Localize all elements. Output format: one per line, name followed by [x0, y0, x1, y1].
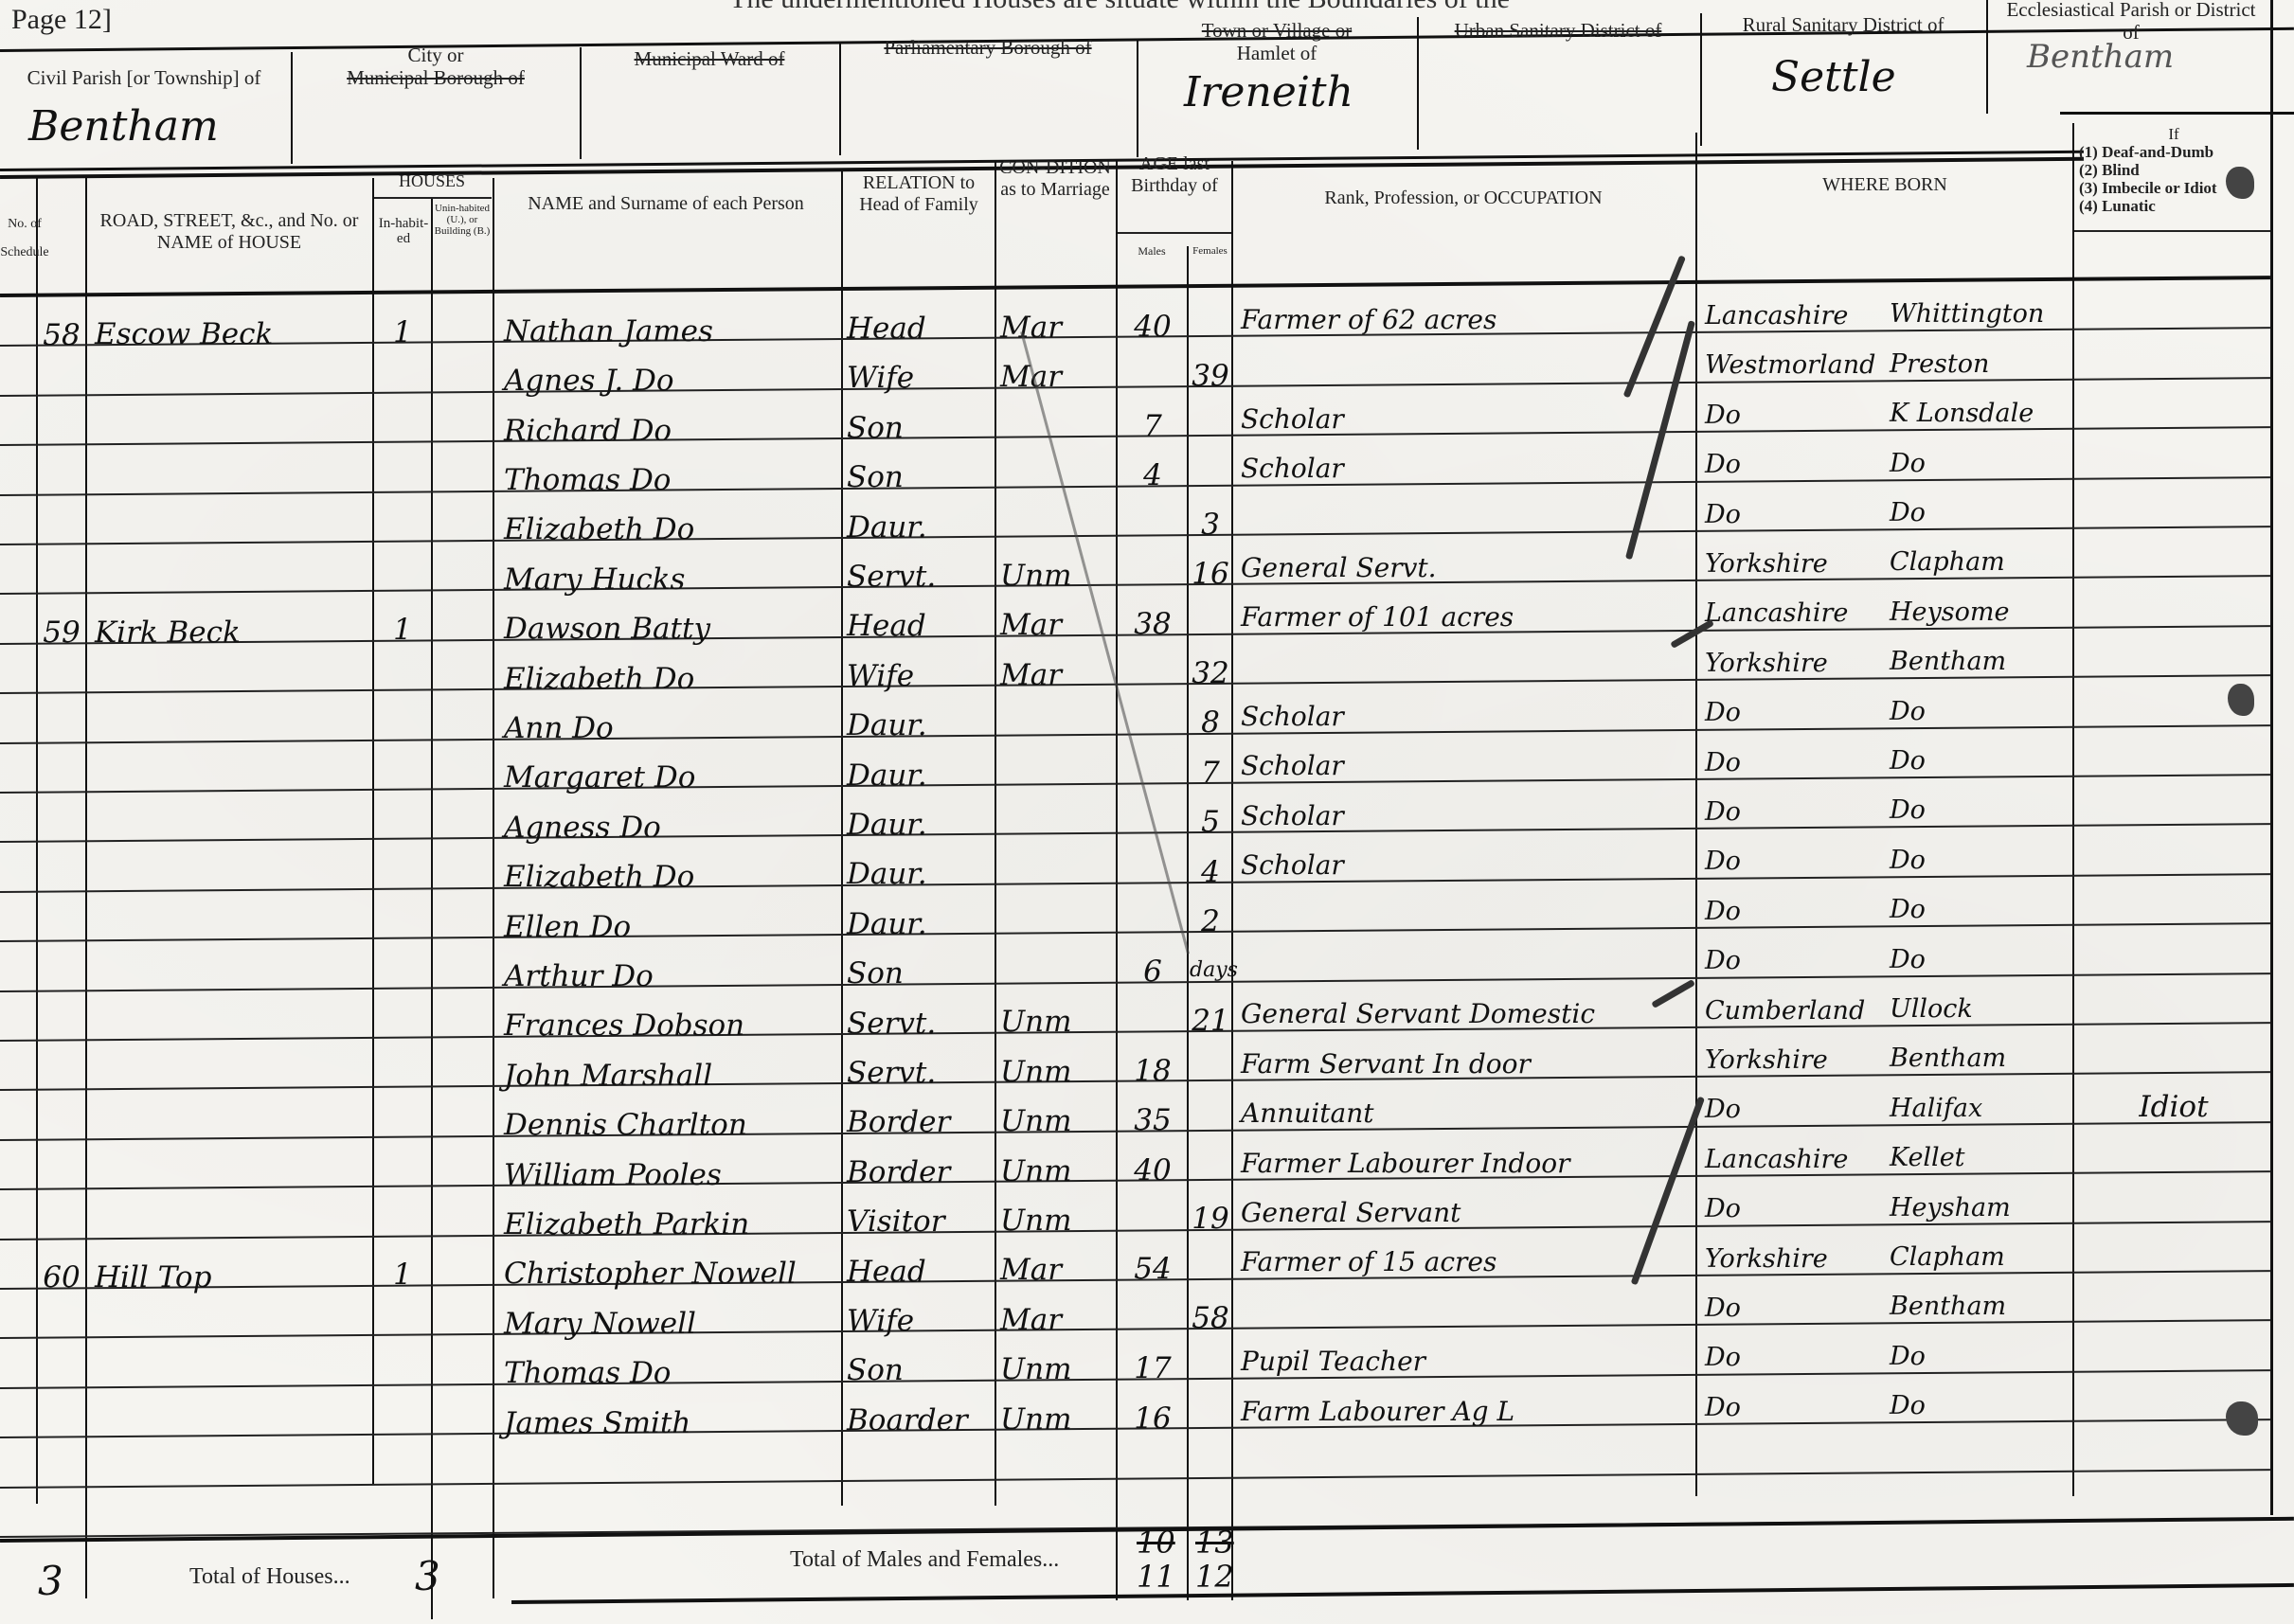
cell-inhabited: 1 — [379, 313, 426, 351]
cell-male-age: 6 — [1120, 953, 1186, 990]
cell-name: Dennis Charlton — [504, 1106, 837, 1144]
cell-infirmity: Idiot — [2084, 1088, 2264, 1126]
cell-male-age: 40 — [1120, 1151, 1186, 1189]
age-rule — [1118, 232, 1231, 234]
column-divider — [841, 170, 843, 1506]
column-divider — [85, 178, 87, 1598]
cell-name: Dawson Batty — [504, 610, 837, 648]
top-banner: The undermentioned Houses are situate wi… — [729, 0, 1510, 15]
col-occupation: Rank, Profession, or OCCUPATION — [1241, 187, 1686, 209]
cell-schedule: 59 — [40, 614, 83, 651]
cell-relation: Head — [847, 1253, 991, 1291]
cell-born-county: Lancashire — [1705, 595, 1885, 633]
col-schedule: No. of Schedule — [0, 210, 49, 267]
cell-occupation: Annuitant — [1241, 1095, 1692, 1133]
cell-born-place: Bentham — [1890, 1288, 2070, 1326]
col-where-born: WHERE BORN — [1697, 174, 2072, 196]
cell-relation: Son — [847, 1351, 991, 1389]
cell-male-age: 4 — [1120, 456, 1186, 494]
cell-name: Margaret Do — [504, 758, 837, 796]
cell-female-age: 7 — [1190, 754, 1231, 792]
cell-name: Elizabeth Do — [504, 660, 837, 698]
cell-relation: Son — [847, 409, 991, 447]
cell-relation: Servt. — [847, 1054, 991, 1092]
page-number: Page 12] — [11, 4, 112, 36]
cell-condition: Unm — [1000, 1003, 1114, 1041]
cell-born-county: Yorkshire — [1705, 1240, 1885, 1278]
cell-name: Thomas Do — [504, 1354, 837, 1392]
column-divider — [431, 199, 433, 1619]
cell-born-place: Do — [1890, 842, 2070, 880]
cell-road: Hill Top — [95, 1258, 369, 1296]
cell-female-age: 32 — [1190, 654, 1231, 692]
cell-name: Mary Hucks — [504, 561, 837, 598]
cell-name: Elizabeth Do — [504, 858, 837, 896]
cell-name: Frances Dobson — [504, 1007, 837, 1044]
ink-blot — [2226, 1401, 2258, 1436]
ink-check-mark — [1625, 320, 1695, 560]
cell-born-place: Whittington — [1890, 295, 2070, 333]
cell-condition: Unm — [1000, 1102, 1114, 1140]
cell-road: Kirk Beck — [95, 614, 369, 651]
cell-occupation: General Servant Domestic — [1241, 995, 1692, 1033]
rural-sanitary-label: Rural Sanitary District of — [1704, 13, 1982, 36]
census-page: Page 12] The undermentioned Houses are s… — [0, 0, 2294, 1624]
cell-name: William Pooles — [504, 1156, 837, 1194]
municipal-ward-label: Municipal Ward of — [583, 47, 835, 70]
cell-born-county: Do — [1705, 843, 1885, 881]
cell-condition: Mar — [1000, 656, 1114, 694]
cell-born-county: Do — [1705, 1389, 1885, 1427]
cell-male-age: 35 — [1120, 1101, 1186, 1139]
cell-born-county: Do — [1705, 1091, 1885, 1129]
houses-rule — [374, 197, 492, 199]
cell-inhabited: 1 — [379, 1256, 426, 1294]
cell-condition: Mar — [1000, 358, 1114, 396]
cell-relation: Daur. — [847, 806, 991, 844]
cell-born-place: Bentham — [1890, 643, 2070, 681]
cell-born-county: Do — [1705, 794, 1885, 831]
cell-born-place: K Lonsdale — [1890, 395, 2070, 433]
total-males: 11 — [1137, 1559, 1175, 1595]
cell-name: Agness Do — [504, 809, 837, 847]
parliamentary-borough-label: Parliamentary Borough of — [843, 36, 1133, 59]
cell-name: Christopher Nowell — [504, 1255, 837, 1293]
cell-occupation: General Servant — [1241, 1194, 1692, 1232]
cell-born-place: Do — [1890, 1338, 2070, 1376]
cell-born-place: Do — [1890, 891, 2070, 929]
cell-occupation: Farm Labourer Ag L — [1241, 1393, 1692, 1431]
cell-born-place: Ullock — [1890, 990, 2070, 1028]
cell-born-county: Do — [1705, 397, 1885, 435]
cell-occupation: General Servt. — [1241, 549, 1692, 587]
cell-male-age: 17 — [1120, 1349, 1186, 1387]
total-persons-label: Total of Males and Females... — [790, 1547, 1059, 1573]
cell-male-age: 16 — [1120, 1400, 1186, 1437]
cell-name: Ann Do — [504, 709, 837, 747]
cell-schedule: 60 — [40, 1258, 83, 1296]
ink-blot — [2228, 684, 2254, 716]
cell-born-county: Do — [1705, 446, 1885, 484]
cell-female-age: days — [1190, 952, 1231, 990]
cell-born-county: Do — [1705, 694, 1885, 732]
cell-occupation: Scholar — [1241, 450, 1692, 488]
col-males: Males — [1118, 244, 1186, 258]
cell-female-age: 8 — [1190, 704, 1231, 741]
cell-born-place: Do — [1890, 941, 2070, 979]
cell-condition: Unm — [1000, 1350, 1114, 1388]
cell-male-age: 7 — [1120, 407, 1186, 445]
cell-condition: Unm — [1000, 1401, 1114, 1438]
cell-occupation: Farmer of 101 acres — [1241, 598, 1692, 636]
cell-born-place: Do — [1890, 1387, 2070, 1425]
total-females-struck: 13 — [1195, 1525, 1234, 1561]
cell-relation: Son — [847, 955, 991, 992]
page-right-border — [2270, 0, 2273, 1515]
cell-condition: Unm — [1000, 1053, 1114, 1091]
cell-born-county: Yorkshire — [1705, 545, 1885, 583]
col-inhabited: In-habit-ed — [377, 216, 430, 246]
cell-occupation: Farm Servant In door — [1241, 1045, 1692, 1083]
table-header-rule — [0, 276, 2270, 297]
cell-born-county: Do — [1705, 496, 1885, 534]
cell-female-age: 39 — [1190, 357, 1231, 395]
col-age: AGE last Birthday of — [1118, 153, 1231, 197]
totals-bottom-rule — [511, 1583, 2294, 1604]
cell-occupation: Farmer Labourer Indoor — [1241, 1145, 1692, 1183]
cell-condition: Mar — [1000, 1301, 1114, 1339]
civil-parish-value: Bentham — [28, 102, 219, 151]
col-relation: RELATION to Head of Family — [843, 172, 995, 216]
total-females: 12 — [1195, 1559, 1234, 1595]
cell-occupation: Pupil Teacher — [1241, 1343, 1692, 1381]
cell-relation: Wife — [847, 1302, 991, 1340]
cell-road: Escow Beck — [95, 315, 369, 353]
cell-relation: Boarder — [847, 1401, 991, 1439]
cell-name: Mary Nowell — [504, 1305, 837, 1343]
cell-born-place: Do — [1890, 494, 2070, 532]
cell-occupation: Farmer of 62 acres — [1241, 301, 1692, 339]
cell-condition: Unm — [1000, 1152, 1114, 1190]
col-name: NAME and Surname of each Person — [500, 193, 832, 215]
cell-born-place: Bentham — [1890, 1040, 2070, 1078]
cell-born-place: Do — [1890, 445, 2070, 483]
cell-relation: Wife — [847, 657, 991, 695]
column-divider — [372, 178, 374, 1485]
cell-relation: Head — [847, 607, 991, 645]
cell-occupation: Scholar — [1241, 747, 1692, 785]
city-label: City orMunicipal Borough of — [296, 44, 576, 89]
cell-condition: Unm — [1000, 557, 1114, 595]
cell-born-place: Do — [1890, 742, 2070, 780]
col-uninhabited: Unin-habited (U.), or Building (B.) — [434, 203, 491, 237]
divider — [580, 47, 582, 159]
col-females: Females — [1189, 244, 1231, 258]
total-schedules: 3 — [38, 1558, 63, 1604]
cell-relation: Daur. — [847, 855, 991, 893]
cell-occupation: Scholar — [1241, 698, 1692, 736]
total-males-struck: 10 — [1137, 1525, 1175, 1561]
cell-born-place: Halifax — [1890, 1090, 2070, 1128]
cell-female-age: 4 — [1190, 853, 1231, 891]
cell-name: Thomas Do — [504, 461, 837, 499]
cell-born-county: Do — [1705, 744, 1885, 782]
cell-born-county: Westmorland — [1705, 347, 1885, 384]
cell-born-county: Lancashire — [1705, 1141, 1885, 1179]
cell-relation: Servt. — [847, 1005, 991, 1043]
cell-female-age: 21 — [1190, 1002, 1231, 1040]
cell-relation: Servt. — [847, 558, 991, 596]
cell-relation: Daur. — [847, 757, 991, 794]
cell-female-age: 5 — [1190, 803, 1231, 841]
cell-relation: Daur. — [847, 905, 991, 943]
col-condition: CON-DITION as to Marriage — [996, 157, 1114, 201]
cell-female-age: 3 — [1190, 506, 1231, 544]
cell-relation: Son — [847, 458, 991, 496]
total-houses: 3 — [415, 1553, 440, 1599]
cell-condition: Mar — [1000, 1251, 1114, 1289]
rural-sanitary-value: Settle — [1771, 53, 1896, 101]
cell-relation: Daur. — [847, 706, 991, 744]
cell-inhabited: 1 — [379, 611, 426, 649]
cell-name: Nathan James — [504, 312, 837, 350]
cell-born-county: Yorkshire — [1705, 645, 1885, 683]
cell-relation: Daur. — [847, 509, 991, 546]
divider — [1986, 0, 1988, 114]
cell-born-county: Cumberland — [1705, 992, 1885, 1030]
col-houses: HOUSES — [374, 170, 490, 192]
cell-name: Arthur Do — [504, 957, 837, 995]
cell-name: Elizabeth Parkin — [504, 1205, 837, 1243]
total-houses-label: Total of Houses... — [189, 1564, 350, 1590]
divider — [291, 52, 293, 164]
cell-relation: Visitor — [847, 1203, 991, 1240]
cell-male-age: 38 — [1120, 605, 1186, 643]
ecclesiastical-parish-value: Bentham — [2027, 38, 2174, 76]
urban-sanitary-label: Urban Sanitary District of — [1421, 19, 1695, 42]
cell-born-county: Yorkshire — [1705, 1042, 1885, 1080]
cell-male-age: 40 — [1120, 308, 1186, 346]
cell-name: Richard Do — [504, 412, 837, 450]
cell-relation: Border — [847, 1153, 991, 1191]
cell-occupation: Scholar — [1241, 401, 1692, 438]
divider — [1137, 40, 1138, 157]
cell-schedule: 58 — [40, 316, 83, 354]
hamlet-value: Ireneith — [1184, 68, 1353, 116]
cell-born-county: Lancashire — [1705, 297, 1885, 335]
cell-born-place: Kellet — [1890, 1139, 2070, 1177]
cell-relation: Head — [847, 310, 991, 348]
hamlet-label: Town or Village orHamlet of — [1140, 19, 1413, 64]
cell-condition: Unm — [1000, 1202, 1114, 1240]
cell-female-age: 58 — [1190, 1299, 1231, 1337]
cell-born-place: Heysome — [1890, 594, 2070, 632]
cell-occupation: Farmer of 15 acres — [1241, 1243, 1692, 1281]
cell-name: James Smith — [504, 1404, 837, 1442]
civil-parish-label: Civil Parish [or Township] of — [2, 66, 286, 89]
cell-born-county: Do — [1705, 1290, 1885, 1328]
infirmity-rule — [2074, 230, 2270, 232]
cell-born-county: Do — [1705, 893, 1885, 931]
cell-relation: Border — [847, 1103, 991, 1141]
cell-name: Agnes J. Do — [504, 362, 837, 400]
cell-name: Ellen Do — [504, 908, 837, 946]
cell-born-place: Preston — [1890, 346, 2070, 384]
cell-born-county: Do — [1705, 1339, 1885, 1377]
col-road: ROAD, STREET, &c., and No. or NAME of HO… — [87, 210, 371, 254]
divider — [839, 44, 841, 155]
cell-born-place: Heysham — [1890, 1189, 2070, 1227]
cell-female-age: 16 — [1190, 555, 1231, 593]
cell-born-place: Do — [1890, 693, 2070, 731]
cell-born-place: Do — [1890, 792, 2070, 830]
cell-name: Elizabeth Do — [504, 510, 837, 548]
cell-occupation: Scholar — [1241, 847, 1692, 884]
cell-male-age: 18 — [1120, 1052, 1186, 1090]
cell-name: John Marshall — [504, 1057, 837, 1095]
header-bottom-rule-right — [2060, 112, 2294, 115]
cell-relation: Wife — [847, 359, 991, 397]
cell-born-place: Clapham — [1890, 544, 2070, 581]
divider — [1417, 17, 1419, 150]
cell-born-place: Clapham — [1890, 1239, 2070, 1276]
column-divider — [1695, 133, 1697, 1496]
cell-female-age: 2 — [1190, 902, 1231, 940]
cell-female-age: 19 — [1190, 1200, 1231, 1238]
cell-condition: Mar — [1000, 309, 1114, 347]
cell-born-county: Do — [1705, 1190, 1885, 1228]
column-divider — [1116, 161, 1118, 1600]
ink-blot — [2226, 167, 2254, 199]
cell-male-age: 54 — [1120, 1250, 1186, 1288]
row-rule — [0, 1469, 2270, 1489]
column-divider — [1187, 246, 1189, 1600]
cell-born-county: Do — [1705, 942, 1885, 980]
cell-occupation: Scholar — [1241, 797, 1692, 835]
divider — [1700, 13, 1702, 146]
